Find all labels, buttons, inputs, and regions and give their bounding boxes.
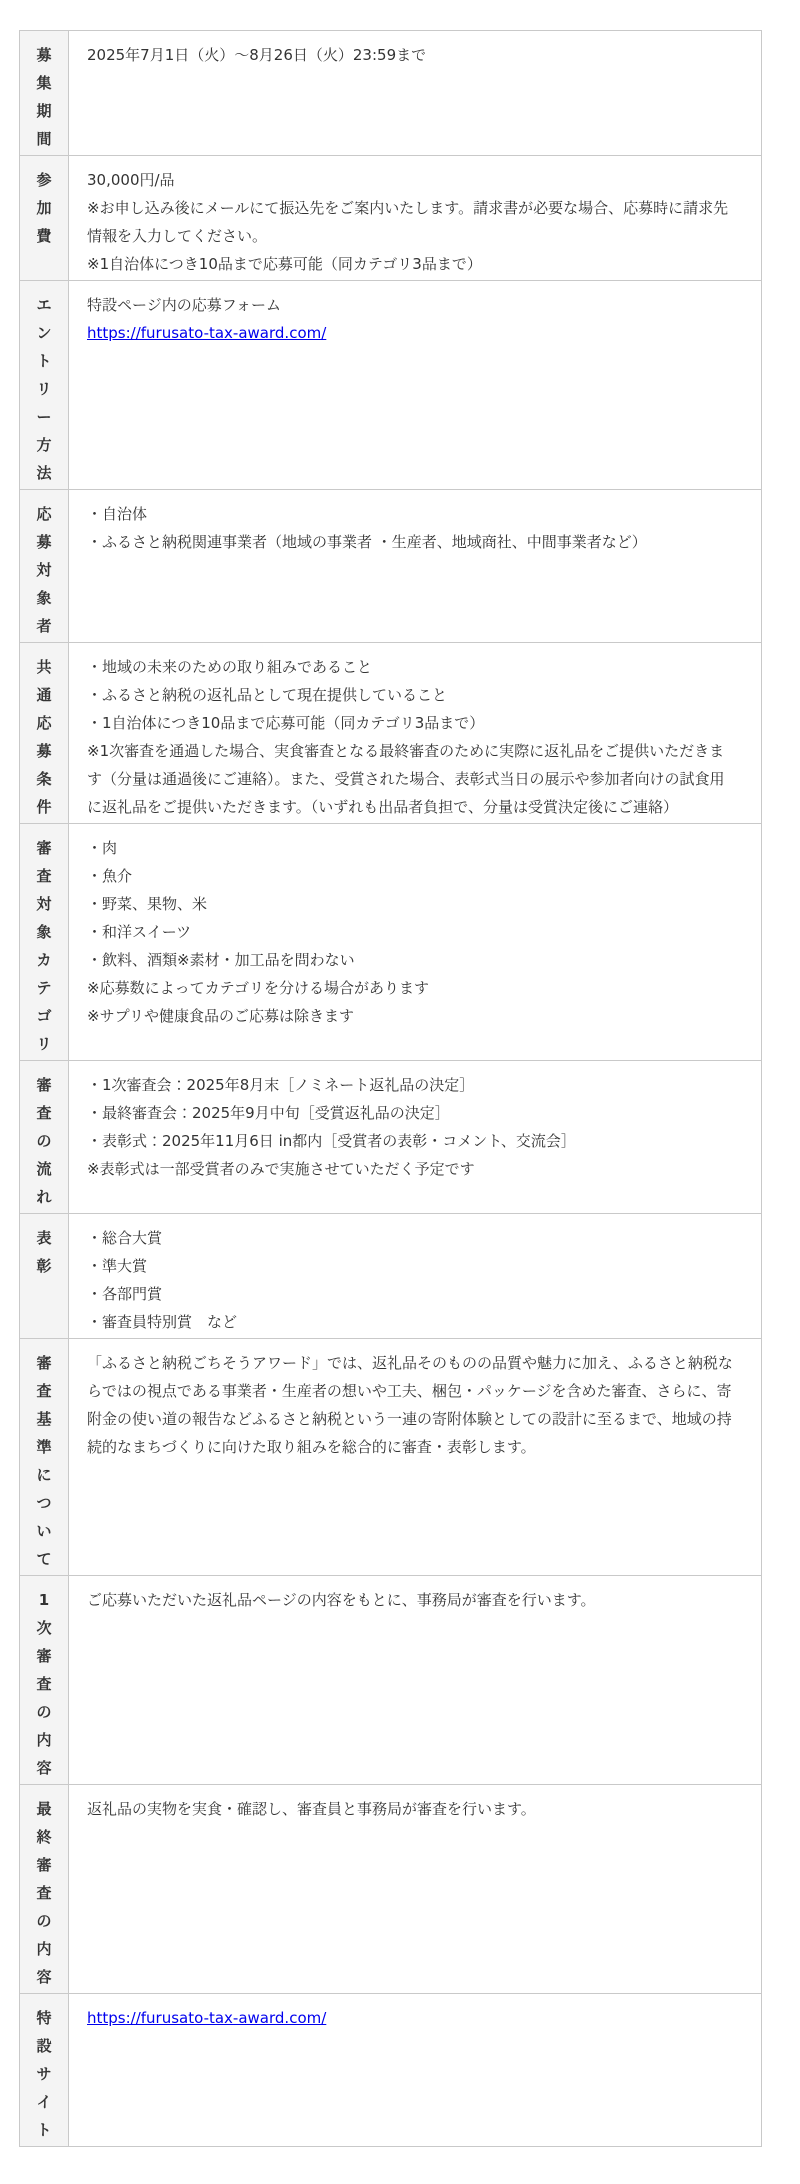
cell-awards: ・総合大賞 ・準大賞 ・各部門賞 ・審査員特別賞 など — [69, 1214, 762, 1339]
text-line: ※応募数によってカテゴリを分ける場合があります — [87, 974, 735, 1002]
table-row: 共通応募条件 ・地域の未来のための取り組みであること ・ふるさと納税の返礼品とし… — [20, 643, 762, 824]
table-row: 最終審査の内容 返礼品の実物を実食・確認し、審査員と事務局が審査を行います。 — [20, 1785, 762, 1994]
text-line: ・1自治体につき10品まで応募可能（同カテゴリ3品まで） — [87, 709, 735, 737]
row-header-entry-fee: 参加費 — [20, 156, 69, 281]
text-line: 「ふるさと納税ごちそうアワード」では、返礼品そのものの品質や魅力に加え、ふるさと… — [87, 1349, 735, 1461]
row-header-final-round: 最終審査の内容 — [20, 1785, 69, 1994]
text-line: 30,000円/品 — [87, 166, 735, 194]
text-line: ご応募いただいた返礼品ページの内容をもとに、事務局が審査を行います。 — [87, 1586, 735, 1614]
entry-form-link[interactable]: https://furusato-tax-award.com/ — [87, 324, 326, 342]
row-header-label: エントリー方法 — [36, 291, 53, 487]
text-line: ・最終審査会：2025年9月中旬［受賞返礼品の決定］ — [87, 1099, 735, 1127]
text-line: ※1自治体につき10品まで応募可能（同カテゴリ3品まで） — [87, 250, 735, 278]
cell-entry-method: 特設ページ内の応募フォーム https://furusato-tax-award… — [69, 281, 762, 490]
table-row: 募集期間 2025年7月1日（火）〜8月26日（火）23:59まで — [20, 31, 762, 156]
row-header-label: 応募対象者 — [36, 500, 53, 640]
text-line: ※表彰式は一部受賞者のみで実施させていただく予定です — [87, 1155, 735, 1183]
row-header-label: 審査基準について — [36, 1349, 53, 1573]
row-header-label: 参加費 — [36, 166, 53, 250]
row-header-entry-method: エントリー方法 — [20, 281, 69, 490]
row-header-label: 審査対象カテゴリ — [36, 834, 53, 1058]
table-row: 1次審査の内容 ご応募いただいた返礼品ページの内容をもとに、事務局が審査を行いま… — [20, 1576, 762, 1785]
cell-special-site: https://furusato-tax-award.com/ — [69, 1994, 762, 2147]
cell-common-conditions: ・地域の未来のための取り組みであること ・ふるさと納税の返礼品として現在提供して… — [69, 643, 762, 824]
row-header-label: 審査の流れ — [36, 1071, 53, 1211]
table-row: 審査の流れ ・1次審査会：2025年8月末［ノミネート返礼品の決定］ ・最終審査… — [20, 1061, 762, 1214]
text-line: ・魚介 — [87, 862, 735, 890]
row-header-categories: 審査対象カテゴリ — [20, 824, 69, 1061]
award-guidelines-table-wrap: 募集期間 2025年7月1日（火）〜8月26日（火）23:59まで 参加費 30… — [19, 30, 762, 2147]
row-header-common-conditions: 共通応募条件 — [20, 643, 69, 824]
text-line: ・飲料、酒類※素材・加工品を問わない — [87, 946, 735, 974]
text-line: ※お申し込み後にメールにて振込先をご案内いたします。請求書が必要な場合、応募時に… — [87, 194, 735, 250]
table-row: 表彰 ・総合大賞 ・準大賞 ・各部門賞 ・審査員特別賞 など — [20, 1214, 762, 1339]
text-line: ・総合大賞 — [87, 1224, 735, 1252]
table-row: 特設サイト https://furusato-tax-award.com/ — [20, 1994, 762, 2147]
row-header-label: 表彰 — [36, 1224, 53, 1280]
row-header-eligibility: 応募対象者 — [20, 490, 69, 643]
cell-criteria: 「ふるさと納税ごちそうアワード」では、返礼品そのものの品質や魅力に加え、ふるさと… — [69, 1339, 762, 1576]
cell-judging-flow: ・1次審査会：2025年8月末［ノミネート返礼品の決定］ ・最終審査会：2025… — [69, 1061, 762, 1214]
text-line: ・審査員特別賞 など — [87, 1308, 735, 1336]
text-line: ・地域の未来のための取り組みであること — [87, 653, 735, 681]
text-line: ・ふるさと納税の返礼品として現在提供していること — [87, 681, 735, 709]
table-row: 審査基準について 「ふるさと納税ごちそうアワード」では、返礼品そのものの品質や魅… — [20, 1339, 762, 1576]
row-header-label: 1次審査の内容 — [36, 1586, 53, 1782]
award-guidelines-table: 募集期間 2025年7月1日（火）〜8月26日（火）23:59まで 参加費 30… — [19, 30, 762, 2147]
row-header-judging-flow: 審査の流れ — [20, 1061, 69, 1214]
cell-categories: ・肉 ・魚介 ・野菜、果物、米 ・和洋スイーツ ・飲料、酒類※素材・加工品を問わ… — [69, 824, 762, 1061]
text-line: ・表彰式：2025年11月6日 in都内［受賞者の表彰・コメント、交流会］ — [87, 1127, 735, 1155]
text-line: 返礼品の実物を実食・確認し、審査員と事務局が審査を行います。 — [87, 1795, 735, 1823]
special-site-link[interactable]: https://furusato-tax-award.com/ — [87, 2009, 326, 2027]
text-line: ・各部門賞 — [87, 1280, 735, 1308]
table-row: 参加費 30,000円/品 ※お申し込み後にメールにて振込先をご案内いたします。… — [20, 156, 762, 281]
row-header-label: 募集期間 — [36, 41, 53, 153]
table-row: 応募対象者 ・自治体 ・ふるさと納税関連事業者（地域の事業者 ・生産者、地域商社… — [20, 490, 762, 643]
row-header-special-site: 特設サイト — [20, 1994, 69, 2147]
cell-final-round: 返礼品の実物を実食・確認し、審査員と事務局が審査を行います。 — [69, 1785, 762, 1994]
row-header-label: 共通応募条件 — [36, 653, 53, 821]
text-line: ・野菜、果物、米 — [87, 890, 735, 918]
row-header-label: 特設サイト — [36, 2004, 53, 2144]
text-line: 特設ページ内の応募フォーム — [87, 291, 735, 319]
table-row: エントリー方法 特設ページ内の応募フォーム https://furusato-t… — [20, 281, 762, 490]
table-row: 審査対象カテゴリ ・肉 ・魚介 ・野菜、果物、米 ・和洋スイーツ ・飲料、酒類※… — [20, 824, 762, 1061]
row-header-label: 最終審査の内容 — [36, 1795, 53, 1991]
cell-entry-period: 2025年7月1日（火）〜8月26日（火）23:59まで — [69, 31, 762, 156]
row-header-awards: 表彰 — [20, 1214, 69, 1339]
row-header-first-round: 1次審査の内容 — [20, 1576, 69, 1785]
text-line: ・和洋スイーツ — [87, 918, 735, 946]
row-header-criteria: 審査基準について — [20, 1339, 69, 1576]
cell-first-round: ご応募いただいた返礼品ページの内容をもとに、事務局が審査を行います。 — [69, 1576, 762, 1785]
cell-eligibility: ・自治体 ・ふるさと納税関連事業者（地域の事業者 ・生産者、地域商社、中間事業者… — [69, 490, 762, 643]
text-line: ・準大賞 — [87, 1252, 735, 1280]
text-line: ・自治体 — [87, 500, 735, 528]
text-line: ・ふるさと納税関連事業者（地域の事業者 ・生産者、地域商社、中間事業者など） — [87, 528, 735, 556]
cell-entry-fee: 30,000円/品 ※お申し込み後にメールにて振込先をご案内いたします。請求書が… — [69, 156, 762, 281]
text-line: ・1次審査会：2025年8月末［ノミネート返礼品の決定］ — [87, 1071, 735, 1099]
text-line: ・肉 — [87, 834, 735, 862]
row-header-entry-period: 募集期間 — [20, 31, 69, 156]
text-line: 2025年7月1日（火）〜8月26日（火）23:59まで — [87, 41, 735, 69]
text-line: ※1次審査を通過した場合、実食審査となる最終審査のために実際に返礼品をご提供いた… — [87, 737, 735, 821]
text-line: ※サプリや健康食品のご応募は除きます — [87, 1002, 735, 1030]
